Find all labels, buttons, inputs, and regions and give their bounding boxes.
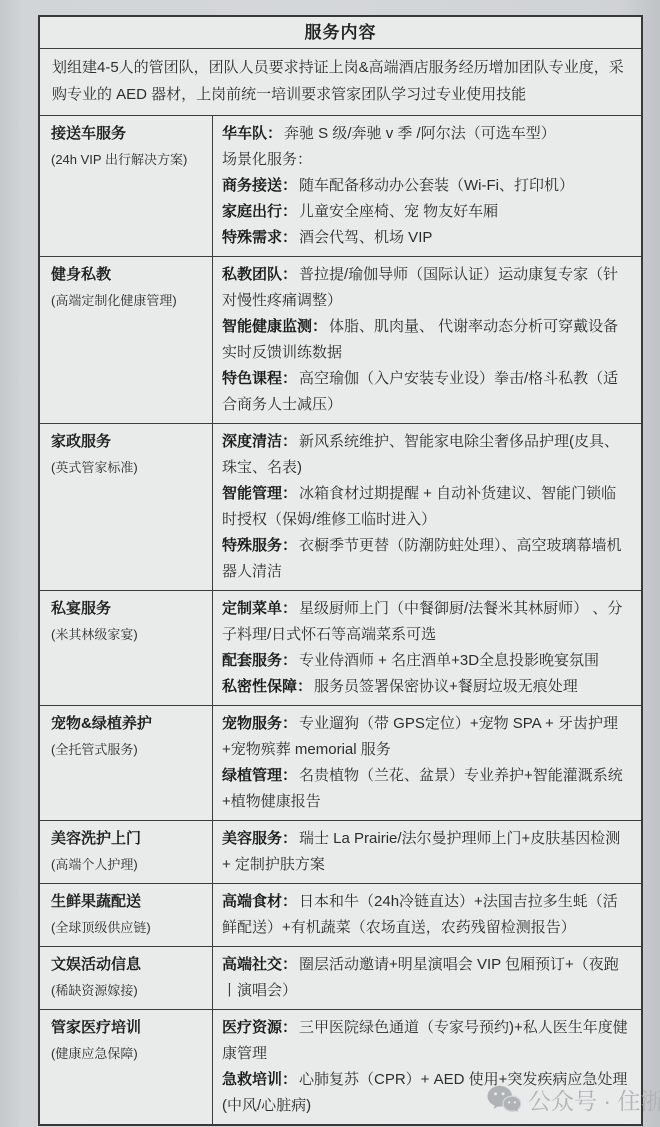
entry-label: 特殊需求：	[222, 229, 297, 246]
entry-label: 配套服务：	[222, 652, 297, 669]
detail-entry: 宠物服务：专业遛狗（带 GPS定位）+宠物 SPA + 牙齿护理+宠物殡葬 me…	[222, 711, 631, 763]
detail-entry: 高端食材：日本和牛（24h冷链直达）+法国吉拉多生蚝（活鲜配送）+有机蔬菜（农场…	[222, 889, 631, 941]
table-row: 接送车服务 (24h VIP 出行解决方案) 华车队：奔驰 S 级/奔驰 v 季…	[40, 115, 641, 256]
category-cell: 家政服务 (英式管家标准)	[40, 424, 213, 590]
entry-text: 奔驰 S 级/奔驰 v 季 /阿尔法（可选车型）	[284, 125, 556, 142]
category-cell: 管家医疗培训 (健康应急保障)	[40, 1010, 213, 1124]
table-title: 服务内容	[40, 17, 641, 48]
category-name: 私宴服务	[51, 596, 207, 622]
entry-label: 美容服务：	[222, 830, 297, 847]
category-name: 家政服务	[51, 429, 207, 455]
category-cell: 宠物&绿植养护 (全托管式服务)	[40, 706, 213, 820]
detail-entry: 绿植管理：名贵植物（兰花、盆景）专业养护+智能灌溉系统+植物健康报告	[222, 763, 631, 815]
table-row: 宠物&绿植养护 (全托管式服务) 宠物服务：专业遛狗（带 GPS定位）+宠物 S…	[40, 705, 641, 820]
category-subtitle: (稀缺资源嫁接)	[51, 978, 207, 1004]
detail-cell: 美容服务：瑞士 La Prairie/法尔曼护理师上门+皮肤基因检测 + 定制护…	[213, 821, 641, 883]
wechat-icon	[487, 1085, 521, 1114]
detail-entry: 配套服务：专业侍酒师 + 名庄酒单+3D全息投影晚宴氛围	[222, 648, 631, 674]
entry-text: 场景化服务：	[222, 151, 312, 168]
table-row: 文娱活动信息 (稀缺资源嫁接) 高端社交：圈层活动邀请+明星演唱会 VIP 包厢…	[40, 946, 641, 1009]
detail-entry: 智能管理：冰箱食材过期提醒 + 自动补货建议、智能门锁临时授权（保姆/维修工临时…	[222, 481, 631, 533]
watermark-text: 公众号 · 住浙吧	[528, 1083, 660, 1116]
category-cell: 生鲜果蔬配送 (全球顶级供应链)	[40, 884, 213, 946]
category-name: 生鲜果蔬配送	[51, 889, 207, 915]
page: 服务内容 划组建4-5人的管团队，团队人员要求持证上岗&高端酒店服务经历增加团队…	[0, 0, 660, 1127]
detail-entry: 定制菜单：星级厨师上门（中餐御厨/法餐米其林厨师） 、分子料理/日式怀石等高端菜…	[222, 596, 631, 648]
category-subtitle: (高端个人护理)	[51, 852, 207, 878]
entry-text: 随车配备移动办公套装（Wi-Fi、打印机）	[299, 177, 574, 194]
table-intro: 划组建4-5人的管团队，团队人员要求持证上岗&高端酒店服务经历增加团队专业度，采…	[40, 48, 641, 115]
service-table: 服务内容 划组建4-5人的管团队，团队人员要求持证上岗&高端酒店服务经历增加团队…	[38, 15, 643, 1126]
detail-entry: 华车队：奔驰 S 级/奔驰 v 季 /阿尔法（可选车型）	[222, 121, 631, 147]
entry-label: 商务接送：	[222, 177, 297, 194]
entry-text: 儿童安全座椅、宠 物友好车厢	[299, 203, 498, 220]
entry-label: 私密性保障：	[222, 678, 312, 695]
category-cell: 美容洗护上门 (高端个人护理)	[40, 821, 213, 883]
entry-label: 医疗资源：	[222, 1019, 297, 1036]
entry-label: 家庭出行：	[222, 203, 297, 220]
detail-entry: 深度清洁：新风系统维护、智能家电除尘奢侈品护理(皮具、珠宝、名表)	[222, 429, 631, 481]
entry-label: 智能健康监测：	[222, 318, 327, 335]
entry-label: 特色课程：	[222, 370, 297, 387]
category-name: 美容洗护上门	[51, 826, 207, 852]
category-subtitle: (全球顶级供应链)	[51, 915, 207, 941]
category-subtitle: (24h VIP 出行解决方案)	[51, 147, 207, 173]
entry-label: 华车队：	[222, 125, 282, 142]
table-row: 生鲜果蔬配送 (全球顶级供应链) 高端食材：日本和牛（24h冷链直达）+法国吉拉…	[40, 883, 641, 946]
entry-label: 特殊服务：	[222, 537, 297, 554]
detail-entry: 场景化服务：	[222, 147, 631, 173]
detail-entry: 高端社交：圈层活动邀请+明星演唱会 VIP 包厢预订+（夜跑丨演唱会）	[222, 952, 631, 1004]
entry-label: 绿植管理：	[222, 767, 297, 784]
category-cell: 私宴服务 (米其林级家宴)	[40, 591, 213, 705]
detail-entry: 商务接送：随车配备移动办公套装（Wi-Fi、打印机）	[222, 173, 631, 199]
detail-cell: 定制菜单：星级厨师上门（中餐御厨/法餐米其林厨师） 、分子料理/日式怀石等高端菜…	[213, 591, 641, 705]
category-cell: 接送车服务 (24h VIP 出行解决方案)	[40, 116, 213, 256]
entry-label: 定制菜单：	[222, 600, 297, 617]
table-row: 美容洗护上门 (高端个人护理) 美容服务：瑞士 La Prairie/法尔曼护理…	[40, 820, 641, 883]
table-row: 家政服务 (英式管家标准) 深度清洁：新风系统维护、智能家电除尘奢侈品护理(皮具…	[40, 423, 641, 590]
detail-entry: 特色课程：高空瑜伽（入户安装专业设）拳击/格斗私教（适合商务人士减压）	[222, 366, 631, 418]
category-name: 健身私教	[51, 262, 207, 288]
entry-text: 酒会代驾、机场 VIP	[299, 229, 432, 246]
detail-entry: 医疗资源：三甲医院绿色通道（专家号预约)+私人医生年度健康管理	[222, 1015, 631, 1067]
detail-cell: 华车队：奔驰 S 级/奔驰 v 季 /阿尔法（可选车型） 场景化服务： 商务接送…	[213, 116, 641, 256]
category-cell: 文娱活动信息 (稀缺资源嫁接)	[40, 947, 213, 1009]
table-row: 健身私教 (高端定制化健康管理) 私教团队：普拉提/瑜伽导师（国际认证）运动康复…	[40, 256, 641, 423]
category-subtitle: (高端定制化健康管理)	[51, 288, 207, 314]
entry-label: 智能管理：	[222, 485, 297, 502]
entry-text: 专业侍酒师 + 名庄酒单+3D全息投影晚宴氛围	[299, 652, 599, 669]
entry-label: 急救培训：	[222, 1071, 297, 1088]
category-cell: 健身私教 (高端定制化健康管理)	[40, 257, 213, 423]
detail-cell: 高端社交：圈层活动邀请+明星演唱会 VIP 包厢预订+（夜跑丨演唱会）	[213, 947, 641, 1009]
detail-cell: 深度清洁：新风系统维护、智能家电除尘奢侈品护理(皮具、珠宝、名表) 智能管理：冰…	[213, 424, 641, 590]
detail-entry: 私教团队：普拉提/瑜伽导师（国际认证）运动康复专家（针对慢性疼痛调整）	[222, 262, 631, 314]
detail-entry: 特殊服务：衣橱季节更替（防潮防蛀处理）、高空玻璃幕墙机器人清洁	[222, 533, 631, 585]
detail-entry: 特殊需求：酒会代驾、机场 VIP	[222, 225, 631, 251]
category-name: 宠物&绿植养护	[51, 711, 207, 737]
detail-entry: 智能健康监测：体脂、肌肉量、 代谢率动态分析可穿戴设备实时反馈训练数据	[222, 314, 631, 366]
detail-cell: 高端食材：日本和牛（24h冷链直达）+法国吉拉多生蚝（活鲜配送）+有机蔬菜（农场…	[213, 884, 641, 946]
category-subtitle: (全托管式服务)	[51, 737, 207, 763]
entry-text: 服务员签署保密协议+餐厨垃圾无痕处理	[314, 678, 578, 695]
category-name: 管家医疗培训	[51, 1015, 207, 1041]
detail-cell: 私教团队：普拉提/瑜伽导师（国际认证）运动康复专家（针对慢性疼痛调整） 智能健康…	[213, 257, 641, 423]
category-subtitle: (英式管家标准)	[51, 455, 207, 481]
watermark: 公众号 · 住浙吧	[487, 1083, 660, 1116]
detail-entry: 美容服务：瑞士 La Prairie/法尔曼护理师上门+皮肤基因检测 + 定制护…	[222, 826, 631, 878]
category-subtitle: (米其林级家宴)	[51, 622, 207, 648]
detail-entry: 家庭出行：儿童安全座椅、宠 物友好车厢	[222, 199, 631, 225]
entry-label: 私教团队：	[222, 266, 297, 283]
category-name: 文娱活动信息	[51, 952, 207, 978]
entry-label: 高端食材：	[222, 893, 297, 910]
detail-cell: 宠物服务：专业遛狗（带 GPS定位）+宠物 SPA + 牙齿护理+宠物殡葬 me…	[213, 706, 641, 820]
category-subtitle: (健康应急保障)	[51, 1041, 207, 1067]
category-name: 接送车服务	[51, 121, 207, 147]
entry-label: 深度清洁：	[222, 433, 297, 450]
detail-entry: 私密性保障：服务员签署保密协议+餐厨垃圾无痕处理	[222, 674, 631, 700]
entry-label: 高端社交：	[222, 956, 297, 973]
table-row: 私宴服务 (米其林级家宴) 定制菜单：星级厨师上门（中餐御厨/法餐米其林厨师） …	[40, 590, 641, 705]
entry-label: 宠物服务：	[222, 715, 297, 732]
